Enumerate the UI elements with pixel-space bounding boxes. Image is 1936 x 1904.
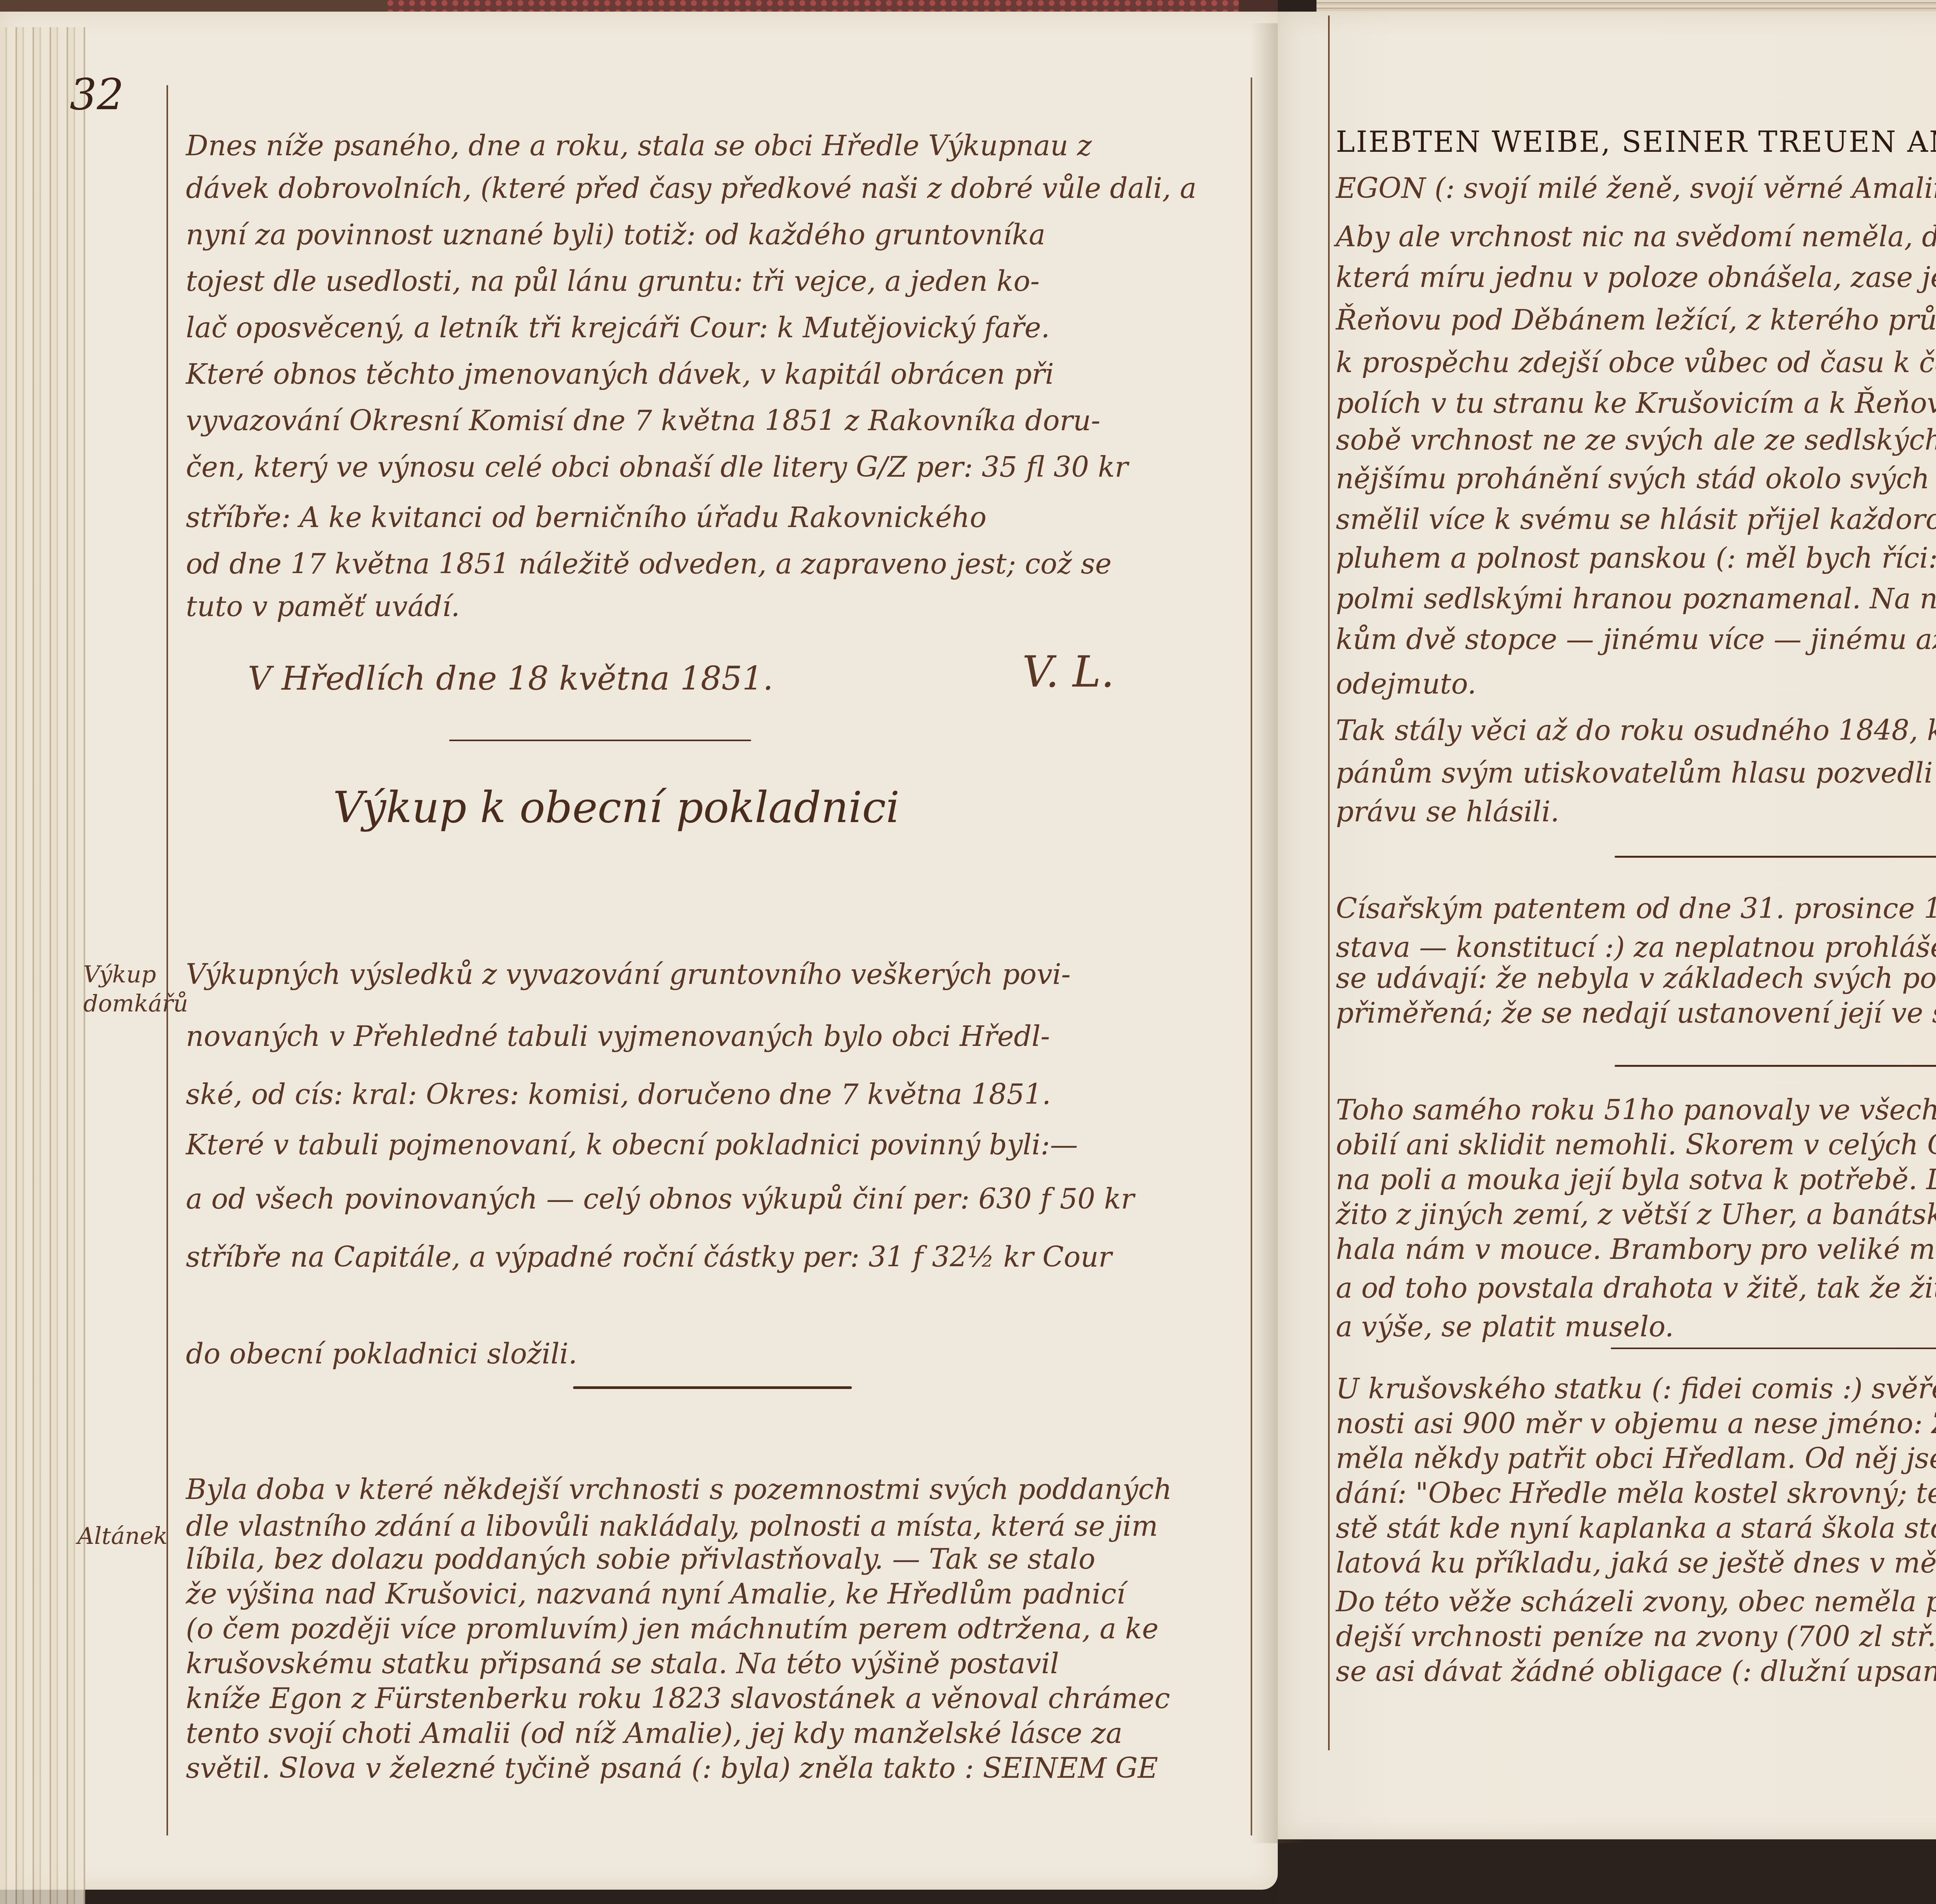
text-line: se asi dávat žádné obligace (: dlužní up… [1336, 1657, 1936, 1685]
signature-place-date: V Hředlích dne 18 května 1851. [248, 662, 773, 695]
text-line: přiměřená; že se nedají ustanovení její … [1336, 999, 1936, 1027]
text-line: dávek dobrovolních, (které před časy pře… [186, 174, 1196, 202]
text-line: k prospěchu zdejší obce vůbec od času k … [1336, 349, 1936, 376]
text-line: Císařským patentem od dne 31. prosince 1… [1336, 894, 1936, 922]
text-line: dle vlastního zdání a libovůli nakládaly… [186, 1512, 1158, 1540]
section-divider [573, 1386, 852, 1389]
text-line: odejmuto. [1336, 670, 1476, 698]
text-line: Toho samého roku 51ho panovaly ve všech … [1336, 1096, 1936, 1124]
text-line: novaných v Přehledné tabuli vyjmenovanýc… [186, 1022, 1050, 1050]
text-line: Dnes níže psaného, dne a roku, stala se … [186, 132, 1092, 160]
text-line: polích v tu stranu ke Krušovicím a k Řeň… [1336, 389, 1936, 417]
left-margin-rule [1328, 15, 1330, 1750]
text-line: Výkupných výsledků z vyvazování gruntovn… [186, 960, 1071, 988]
text-line: Do této věže scházeli zvony, obec neměla… [1336, 1588, 1936, 1616]
text-line: Aby ale vrchnost nic na svědomí neměla, … [1336, 223, 1936, 251]
text-line: světil. Slova v železné tyčině psaná (: … [186, 1754, 1158, 1782]
text-line: tento svojí choti Amalii (od níž Amalie)… [186, 1719, 1122, 1747]
section-divider [1611, 1348, 1936, 1349]
text-line: stě stát kde nyní kaplanka a stará škola… [1336, 1514, 1936, 1542]
text-line: nějšímu prohánění svých stád okolo svých… [1336, 465, 1936, 493]
text-line: obilí ani sklidit nemohli. Skorem v celý… [1336, 1131, 1936, 1159]
text-line: kníže Egon z Fürstenberku roku 1823 slav… [186, 1684, 1170, 1712]
section-divider [1615, 1065, 1936, 1067]
text-line: měla někdy patřit obci Hředlam. Od něj j… [1336, 1444, 1936, 1472]
text-line: čen, který ve výnosu celé obci obnaší dl… [186, 453, 1128, 481]
text-line: (o čem později více promluvím) jen máchn… [186, 1615, 1159, 1643]
text-line: smělil více k svému se hlásit přijel kaž… [1336, 505, 1936, 533]
text-line: vyvazování Okresní Komisí dne 7 května 1… [186, 407, 1100, 434]
text-line: a od toho povstala drahota v žitě, tak ž… [1336, 1274, 1936, 1302]
text-line: Řeňovu pod Děbánem ležící, z kterého prů… [1336, 306, 1936, 334]
right-page: 33. LIEBTEN WEIBE, SEINER TREUEN AMALIE … [1278, 12, 1936, 1839]
text-line: krušovskému statku připsaná se stala. Na… [186, 1650, 1059, 1677]
left-page: 32 Dnes níže psaného, dne a roku, stala … [0, 12, 1278, 1890]
text-line: a výše, se platit muselo. [1336, 1313, 1674, 1341]
text-line: dejší vrchnosti peníze na zvony (700 zl … [1336, 1622, 1936, 1650]
signature-initials: V. L. [1022, 651, 1114, 693]
text-line: stříbře: A ke kvitanci od berničního úřa… [186, 503, 987, 531]
section-title: Výkup k obecní pokladnici [333, 786, 899, 829]
text-line: stava — konstitucí :) za neplatnou prohl… [1336, 933, 1936, 961]
text-line: právu se hlásili. [1336, 798, 1559, 826]
page-edges-left [0, 27, 85, 1904]
text-line: sobě vrchnost ne ze svých ale ze sedlský… [1336, 426, 1936, 454]
text-line: pánům svým utiskovatelům hlasu pozvedli … [1336, 759, 1936, 787]
text-line: pluhem a polnost panskou (: měl bych říc… [1336, 544, 1936, 572]
text-line: která míru jednu v poloze obnášela, zase… [1336, 263, 1936, 291]
text-line: že výšina nad Krušovici, nazvaná nyní Am… [186, 1580, 1125, 1608]
text-line: latová ku příkladu, jaká se ještě dnes v… [1336, 1549, 1936, 1577]
text-line: nyní za povinnost uznané byli) totiž: od… [186, 221, 1045, 249]
text-line: Tak stály věci až do roku osudného 1848,… [1336, 716, 1936, 744]
text-line: U krušovského statku (: fidei comis :) s… [1336, 1375, 1936, 1403]
text-line: tuto v paměť uvádí. [186, 592, 460, 620]
text-line: dání: "Obec Hředle měla kostel skrovný; … [1336, 1479, 1936, 1507]
text-line: na poli a mouka její byla sotva k potřeb… [1336, 1166, 1936, 1193]
text-line: od dne 17 května 1851 náležitě odveden, … [186, 550, 1112, 578]
text-line: líbila, bez dolazu poddaných sobie přivl… [186, 1545, 1095, 1573]
text-line: lač oposvěcený, a letník tři krejcáři Co… [186, 314, 1050, 342]
page-number: 32 [70, 70, 124, 119]
text-line: Které obnos těchto jmenovaných dávek, v … [186, 360, 1054, 388]
text-line: polmi sedlskými hranou poznamenal. Na ně… [1336, 585, 1936, 613]
text-line: do obecní pokladnici složili. [186, 1340, 577, 1368]
text-line: nosti asi 900 měr v objemu a nese jméno:… [1336, 1410, 1936, 1437]
text-line: Byla doba v které někdejší vrchnosti s p… [186, 1475, 1172, 1503]
text-line: se udávají: že nebyla v základech svých … [1336, 964, 1936, 992]
text-line: ské, od cís: kral: Okres: komisi, doruče… [186, 1080, 1051, 1108]
inscription-translation: EGON (: svojí milé ženě, svojí věrné Ama… [1336, 174, 1936, 202]
margin-note-altanek: Altánek [77, 1522, 168, 1551]
section-divider [449, 740, 751, 741]
margin-note-vykup: Výkup domkářů [83, 960, 188, 1018]
text-line: Které v tabuli pojmenovaní, k obecní pok… [186, 1131, 1078, 1159]
text-line: a od všech povinovaných — celý obnos výk… [186, 1185, 1134, 1213]
section-divider [1615, 856, 1936, 858]
text-line: hala nám v mouce. Brambory pro veliké mo… [1336, 1235, 1936, 1263]
text-line: stříbře na Capitále, a výpadné roční čás… [186, 1243, 1112, 1271]
text-line: žito z jiných zemí, z větší z Uher, a ba… [1336, 1200, 1936, 1228]
text-line: kům dvě stopce — jinému více — jinému až… [1336, 625, 1936, 653]
german-inscription-line-1: LIEBTEN WEIBE, SEINER TREUEN AMALIE WEIH… [1336, 128, 1936, 156]
text-line: tojest dle usedlosti, na půl lánu gruntu… [186, 267, 1040, 295]
